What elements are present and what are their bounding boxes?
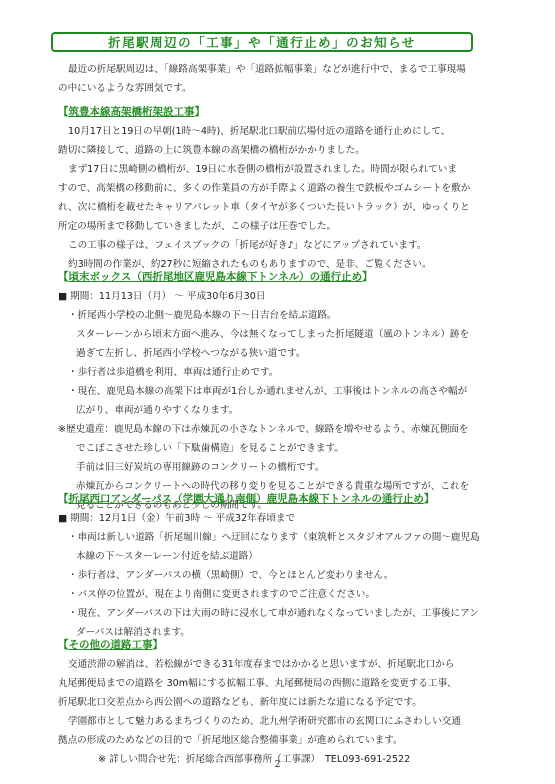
period-line: ■ 期間：12月1日（金）午前3時 ～ 平成32年春頃まで — [58, 509, 503, 528]
intro-line: の中にいるような雰囲気です。 — [58, 79, 503, 98]
bullet-line: ・現在、アンダーパスの下は大雨の時に浸水して車が通れなくなっていましたが、工事後… — [58, 604, 503, 623]
body-line: 所定の場所まで移動していきましたが、この様子は圧巻でした。 — [58, 217, 503, 236]
bullet-line: ・車両は新しい道路「折尾堀川線」へ迂回になります（東筑軒とスタジオアルファの間～… — [58, 528, 503, 547]
intro-paragraph: 最近の折尾駅周辺は、「線路高架事業」や「道路拡幅事業」などが進行中で、まるで工事… — [58, 60, 503, 98]
body-line: スターレーンから頃末方面へ進み、今は無くなってしまった折尾隧道（風のトンネル）跡… — [58, 325, 503, 344]
body-line: まず17日に黒崎側の橋桁が、19日に水巻側の橋桁が設置されました。時間が限られて… — [58, 160, 503, 179]
body-line: 折尾駅北口交差点から西公園への道路なども、新年度には新たな道になる予定です。 — [58, 693, 503, 712]
section-koromatsu-box: 【頃末ボックス（西折尾地区鹿児島本線下トンネル）の通行止め】 ■ 期間：11月1… — [58, 268, 503, 515]
bullet-line: ・歩行者は歩道橋を利用、車両は通行止めです。 — [58, 363, 503, 382]
bullet-line: ・折尾西小学校の北側～鹿児島本線の下～日吉台を結ぶ道路。 — [58, 306, 503, 325]
note-line: ※歴史遺産：鹿児島本線の下は赤煉瓦の小さなトンネルで、線路を増やせるよう、赤煉瓦… — [58, 420, 503, 439]
body-line: 10月17日と19日の早朝(1時～4時)、折尾駅北口駅前広場付近の道路を通行止め… — [58, 122, 503, 141]
body-line: でこぼこさせた珍しい「下駄歯構造」を見ることができます。 — [58, 439, 503, 458]
body-line: この工事の様子は、フェイスブックの「折尾が好き♪」などにアップされています。 — [58, 236, 503, 255]
section-bridge-girder: 【筑豊本線高架橋桁架設工事】 10月17日と19日の早朝(1時～4時)、折尾駅北… — [58, 103, 503, 274]
body-line: 拠点の形成のためなどの目的で「折尾地区総合整備事業」が進められています。 — [58, 731, 503, 750]
body-line: 過ぎて左折し、折尾西小学校へつながる狭い道です。 — [58, 344, 503, 363]
section-heading: 【折尾西口アンダーパス（学園大通り南側）鹿児島本線下トンネルの通行止め】 — [58, 490, 503, 509]
document-page: 折尾駅周辺の「工事」や「通行止め」のお知らせ 最近の折尾駅周辺は、「線路高架事業… — [0, 0, 555, 784]
period-line: ■ 期間：11月13日（月） ～ 平成30年6月30日 — [58, 287, 503, 306]
section-west-underpass: 【折尾西口アンダーパス（学園大通り南側）鹿児島本線下トンネルの通行止め】 ■ 期… — [58, 490, 503, 642]
body-line: 学園都市として魅力あるまちづくりのため、北九州学術研究都市の玄関口にふさわしい交… — [58, 712, 503, 731]
bullet-line: ・歩行者は、アンダーパスの横（黒崎側）で、今とほとんど変わりません。 — [58, 566, 503, 585]
intro-line: 最近の折尾駅周辺は、「線路高架事業」や「道路拡幅事業」などが進行中で、まるで工事… — [58, 60, 503, 79]
body-line: すので、高架橋の移動前に、多くの作業員の方が手際よく道路の養生で鉄板やゴムシート… — [58, 179, 503, 198]
bullet-line: ・現在、鹿児島本線の高架下は車両が1台しか通れませんが、工事後はトンネルの高さや… — [58, 382, 503, 401]
body-line: 丸尾郵便局までの道路を 30m幅にする拡幅工事、丸尾郵便局の西側に道路を変更する… — [58, 674, 503, 693]
body-line: 本線の下～スターレーン付近を結ぶ道路） — [58, 547, 503, 566]
body-line: れ、次に橋桁を載せたキャリアパレット車（タイヤが多くついた長いトラック）が、ゆっ… — [58, 198, 503, 217]
page-number: 2 — [0, 760, 555, 770]
body-line: 踏切に隣接して、道路の上に筑豊本線の高架橋の橋桁がかかりました。 — [58, 141, 503, 160]
title-box: 折尾駅周辺の「工事」や「通行止め」のお知らせ — [51, 32, 473, 52]
body-line: 交通渋滞の解消は、若松線ができる31年度春まではかかると思いますが、折尾駅北口か… — [58, 655, 503, 674]
section-heading: 【頃末ボックス（西折尾地区鹿児島本線下トンネル）の通行止め】 — [58, 268, 503, 287]
page-title: 折尾駅周辺の「工事」や「通行止め」のお知らせ — [108, 33, 416, 51]
body-line: 広がり、車両が通りやすくなります。 — [58, 401, 503, 420]
body-line: 手前は旧三好炭坑の専用線跡のコンクリートの橋桁です。 — [58, 458, 503, 477]
section-heading: 【筑豊本線高架橋桁架設工事】 — [58, 103, 503, 122]
bullet-line: ・バス停の位置が、現在より南側に変更されますのでご注意ください。 — [58, 585, 503, 604]
section-heading: 【その他の道路工事】 — [58, 636, 503, 655]
section-other-roadworks: 【その他の道路工事】 交通渋滞の解消は、若松線ができる31年度春まではかかると思… — [58, 636, 503, 769]
